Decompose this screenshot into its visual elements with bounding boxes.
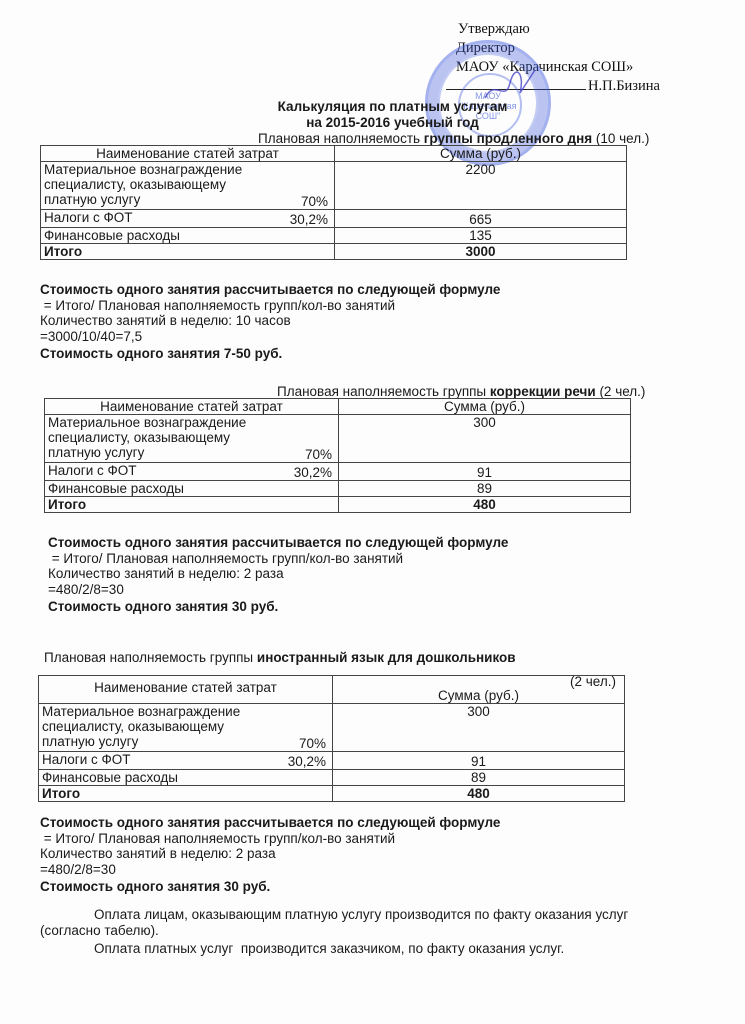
formula-title: Стоимость одного занятия рассчитывается … [40,815,500,831]
calculation: =480/2/8=30 [40,862,500,878]
formula-block-2: Стоимость одного занятия рассчитывается … [48,535,508,615]
formula-title: Стоимость одного занятия рассчитывается … [48,535,508,551]
row-name-text: Материальное вознаграждение специалисту,… [42,704,240,749]
table-row: Финансовые расходы 89 [39,770,625,786]
row-name-text: Налоги с ФОТ [42,752,131,767]
document-subtitle: на 2015-2016 учебный год [0,115,745,130]
lesson-cost: Стоимость одного занятия 30 руб. [40,879,500,895]
section-caption-2: Плановая наполняемость группы коррекции … [277,384,645,399]
row-sum: 300 [339,415,631,463]
header-sum: Сумма (руб.) [335,146,627,162]
document-title: Калькуляция по платным услугам [0,99,745,114]
formula-title: Стоимость одного занятия рассчитывается … [40,282,500,298]
header-sum: Сумма (руб.) [339,399,631,415]
table-header-row: Наименование статей затрат Сумма (руб.) [45,399,631,415]
table-row: Финансовые расходы 89 [45,481,631,497]
calculation: =3000/10/40=7,5 [40,329,500,345]
lessons-per-week: Количество занятий в неделю: 2 раза [48,566,508,582]
signature-line: Н.П.Бизина [446,77,660,96]
caption-suffix: (10 чел.) [592,131,649,146]
row-name: Материальное вознаграждение специалисту,… [41,162,335,210]
payment-note-2: Оплата платных услуг производится заказч… [40,941,690,957]
row-percent: 30,2% [290,212,328,227]
row-name-text: Материальное вознаграждение специалисту,… [44,162,242,207]
row-name: Материальное вознаграждение специалисту,… [45,415,339,463]
payment-note-1: Оплата лицам, оказывающим платную услугу… [40,907,690,938]
section-caption-1: Плановая наполняемость группы продленног… [258,131,649,146]
row-name-text: Материальное вознаграждение специалисту,… [48,415,246,460]
table-row-total: Итого 480 [39,786,625,802]
row-name: Налоги с ФОТ30,2% [39,752,333,770]
caption-suffix: (2 чел.) [596,384,646,399]
table-row-total: Итого 480 [45,497,631,513]
table-header-row: Наименование статей затрат Сумма (руб.) [41,146,627,162]
formula-block-1: Стоимость одного занятия рассчитывается … [40,282,500,362]
row-sum: 91 [339,463,631,481]
lesson-cost: Стоимость одного занятия 7-50 руб. [40,346,500,362]
row-name: Финансовые расходы [41,228,335,244]
row-name: Материальное вознаграждение специалисту,… [39,704,333,752]
row-sum: 89 [333,770,625,786]
row-name-text: Налоги с ФОТ [44,210,133,225]
row-sum: 91 [333,752,625,770]
table-row: Финансовые расходы 135 [41,228,627,244]
row-name: Налоги с ФОТ30,2% [45,463,339,481]
row-name: Итого [41,244,335,260]
header-name: Наименование статей затрат [39,676,333,704]
row-name: Налоги с ФОТ30,2% [41,210,335,228]
row-name-text: Налоги с ФОТ [48,463,137,478]
row-sum: 135 [335,228,627,244]
row-percent: 70% [299,736,326,751]
approval-organization: МАОУ «Карачинская СОШ» [456,58,660,77]
caption-bold: иностранный язык для дошкольников [257,650,516,665]
lessons-per-week: Количество занятий в неделю: 2 раза [40,846,500,862]
row-name: Финансовые расходы [39,770,333,786]
cost-table-3: Наименование статей затрат Сумма (руб.) … [38,675,625,802]
approval-block: Утверждаю Директор МАОУ «Карачинская СОШ… [456,20,660,96]
caption-bold: коррекции речи [490,384,596,399]
row-percent: 70% [305,447,332,462]
row-percent: 70% [301,194,328,209]
approval-position: Директор [456,39,660,58]
lessons-per-week: Количество занятий в неделю: 10 часов [40,313,500,329]
row-percent: 30,2% [294,465,332,480]
table-row: Материальное вознаграждение специалисту,… [41,162,627,210]
header-name: Наименование статей затрат [45,399,339,415]
row-percent: 30,2% [288,754,326,769]
formula: = Итого/ Плановая наполняемость групп/ко… [48,551,508,567]
row-sum: 665 [335,210,627,228]
row-name: Итого [45,497,339,513]
calculation: =480/2/8=30 [48,582,508,598]
row-sum: 2200 [335,162,627,210]
table-row: Материальное вознаграждение специалисту,… [39,704,625,752]
row-sum: 480 [333,786,625,802]
formula-block-3: Стоимость одного занятия рассчитывается … [40,815,500,895]
row-sum: 89 [339,481,631,497]
row-sum: 480 [339,497,631,513]
lesson-cost: Стоимость одного занятия 30 руб. [48,599,508,615]
signature-underline [446,89,586,90]
section-caption-3: Плановая наполняемость группы иностранны… [44,650,516,665]
caption-prefix: Плановая наполняемость группы [277,384,490,399]
row-name: Итого [39,786,333,802]
table-row: Материальное вознаграждение специалисту,… [45,415,631,463]
approval-label: Утверждаю [456,20,660,39]
signatory-name: Н.П.Бизина [588,78,660,94]
cost-table-2: Наименование статей затрат Сумма (руб.) … [44,398,631,513]
row-name: Финансовые расходы [45,481,339,497]
caption-prefix: Плановая наполняемость [258,131,424,146]
table-row-total: Итого 3000 [41,244,627,260]
table-row: Налоги с ФОТ30,2% 91 [39,752,625,770]
row-sum: 300 [333,704,625,752]
formula: = Итого/ Плановая наполняемость групп/ко… [40,831,500,847]
caption-bold: группы продленного дня [424,131,592,146]
header-name: Наименование статей затрат [41,146,335,162]
formula: = Итого/ Плановая наполняемость групп/ко… [40,298,500,314]
table-row: Налоги с ФОТ30,2% 665 [41,210,627,228]
header-sum: Сумма (руб.) [333,676,625,704]
cost-table-1: Наименование статей затрат Сумма (руб.) … [40,145,627,260]
table-row: Налоги с ФОТ30,2% 91 [45,463,631,481]
table-header-row: Наименование статей затрат Сумма (руб.) [39,676,625,704]
caption-prefix: Плановая наполняемость группы [44,650,257,665]
row-sum: 3000 [335,244,627,260]
